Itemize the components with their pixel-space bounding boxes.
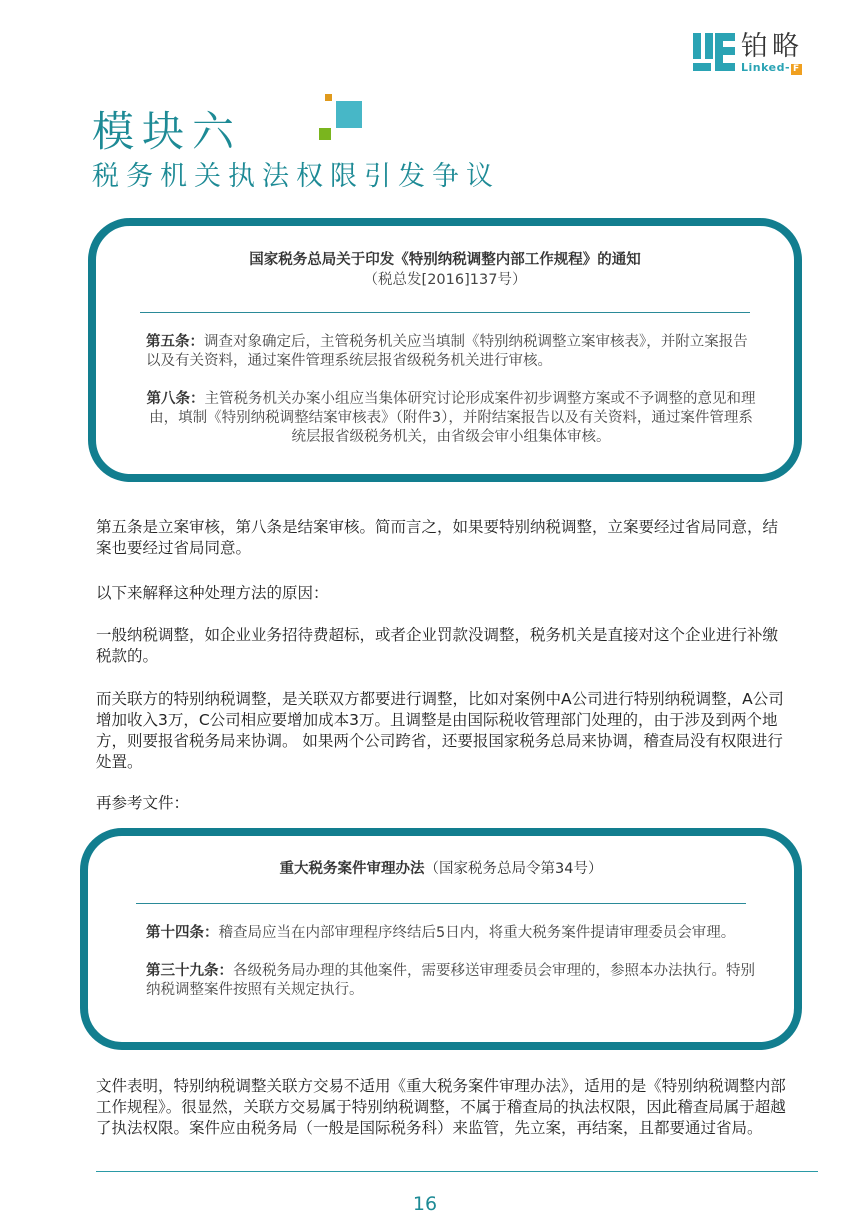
brand-logo: 铂略 Linked-F (693, 33, 803, 75)
paragraph: 第五条是立案审核，第八条是结案审核。简而言之，如果要特别纳税调整，立案要经过省局… (96, 517, 786, 559)
quote-title: 重大税务案件审理办法（国家税务总局令第34号） (88, 859, 794, 879)
module-subtitle: 税务机关执法权限引发争议 (92, 160, 500, 194)
logo-name-en: Linked-F (741, 61, 803, 75)
paragraph: 以下来解释这种处理方法的原因： (96, 583, 786, 604)
paragraph: 一般纳税调整，如企业业务招待费超标，或者企业罚款没调整，税务机关是直接对这个企业… (96, 625, 786, 667)
quote-box-regulation-137: 国家税务总局关于印发《特别纳税调整内部工作规程》的通知 （税总发[2016]13… (88, 218, 802, 482)
decor-square-green-icon (319, 128, 331, 140)
decor-square-teal-icon (336, 101, 362, 128)
module-title: 模块六 (92, 107, 242, 157)
article-8: 第八条：主管税务机关办案小组应当集体研究讨论形成案件初步调整方案或不予调整的意见… (146, 390, 756, 447)
decor-square-orange-icon (325, 94, 332, 101)
quote-box-regulation-34: 重大税务案件审理办法（国家税务总局令第34号） 第十四条：稽查局应当在内部审理程… (80, 828, 802, 1050)
quote-subtitle: （税总发[2016]137号） (96, 270, 794, 290)
paragraph-conclusion: 文件表明，特别纳税调整关联方交易不适用《重大税务案件审理办法》，适用的是《特别纳… (96, 1076, 786, 1139)
logo-mark-icon (693, 33, 735, 71)
article-39: 第三十九条：各级税务局办理的其他案件，需要移送审理委员会审理的，参照本办法执行。… (146, 962, 756, 1000)
footer-divider (96, 1171, 818, 1172)
paragraph: 而关联方的特别纳税调整，是关联双方都要进行调整，比如对案例中A公司进行特别纳税调… (96, 689, 786, 773)
article-14: 第十四条：稽查局应当在内部审理程序终结后5日内，将重大税务案件提请审理委员会审理… (146, 924, 756, 943)
logo-name-cn: 铂略 (741, 33, 803, 61)
quote-title: 国家税务总局关于印发《特别纳税调整内部工作规程》的通知 (96, 250, 794, 270)
article-5: 第五条：调查对象确定后，主管税务机关应当填制《特别纳税调整立案审核表》，并附立案… (146, 333, 756, 371)
quote-divider (140, 312, 750, 313)
paragraph: 再参考文件： (96, 793, 786, 814)
page-number: 16 (0, 1193, 850, 1215)
quote-divider (136, 903, 746, 904)
logo-badge: F (791, 64, 802, 75)
